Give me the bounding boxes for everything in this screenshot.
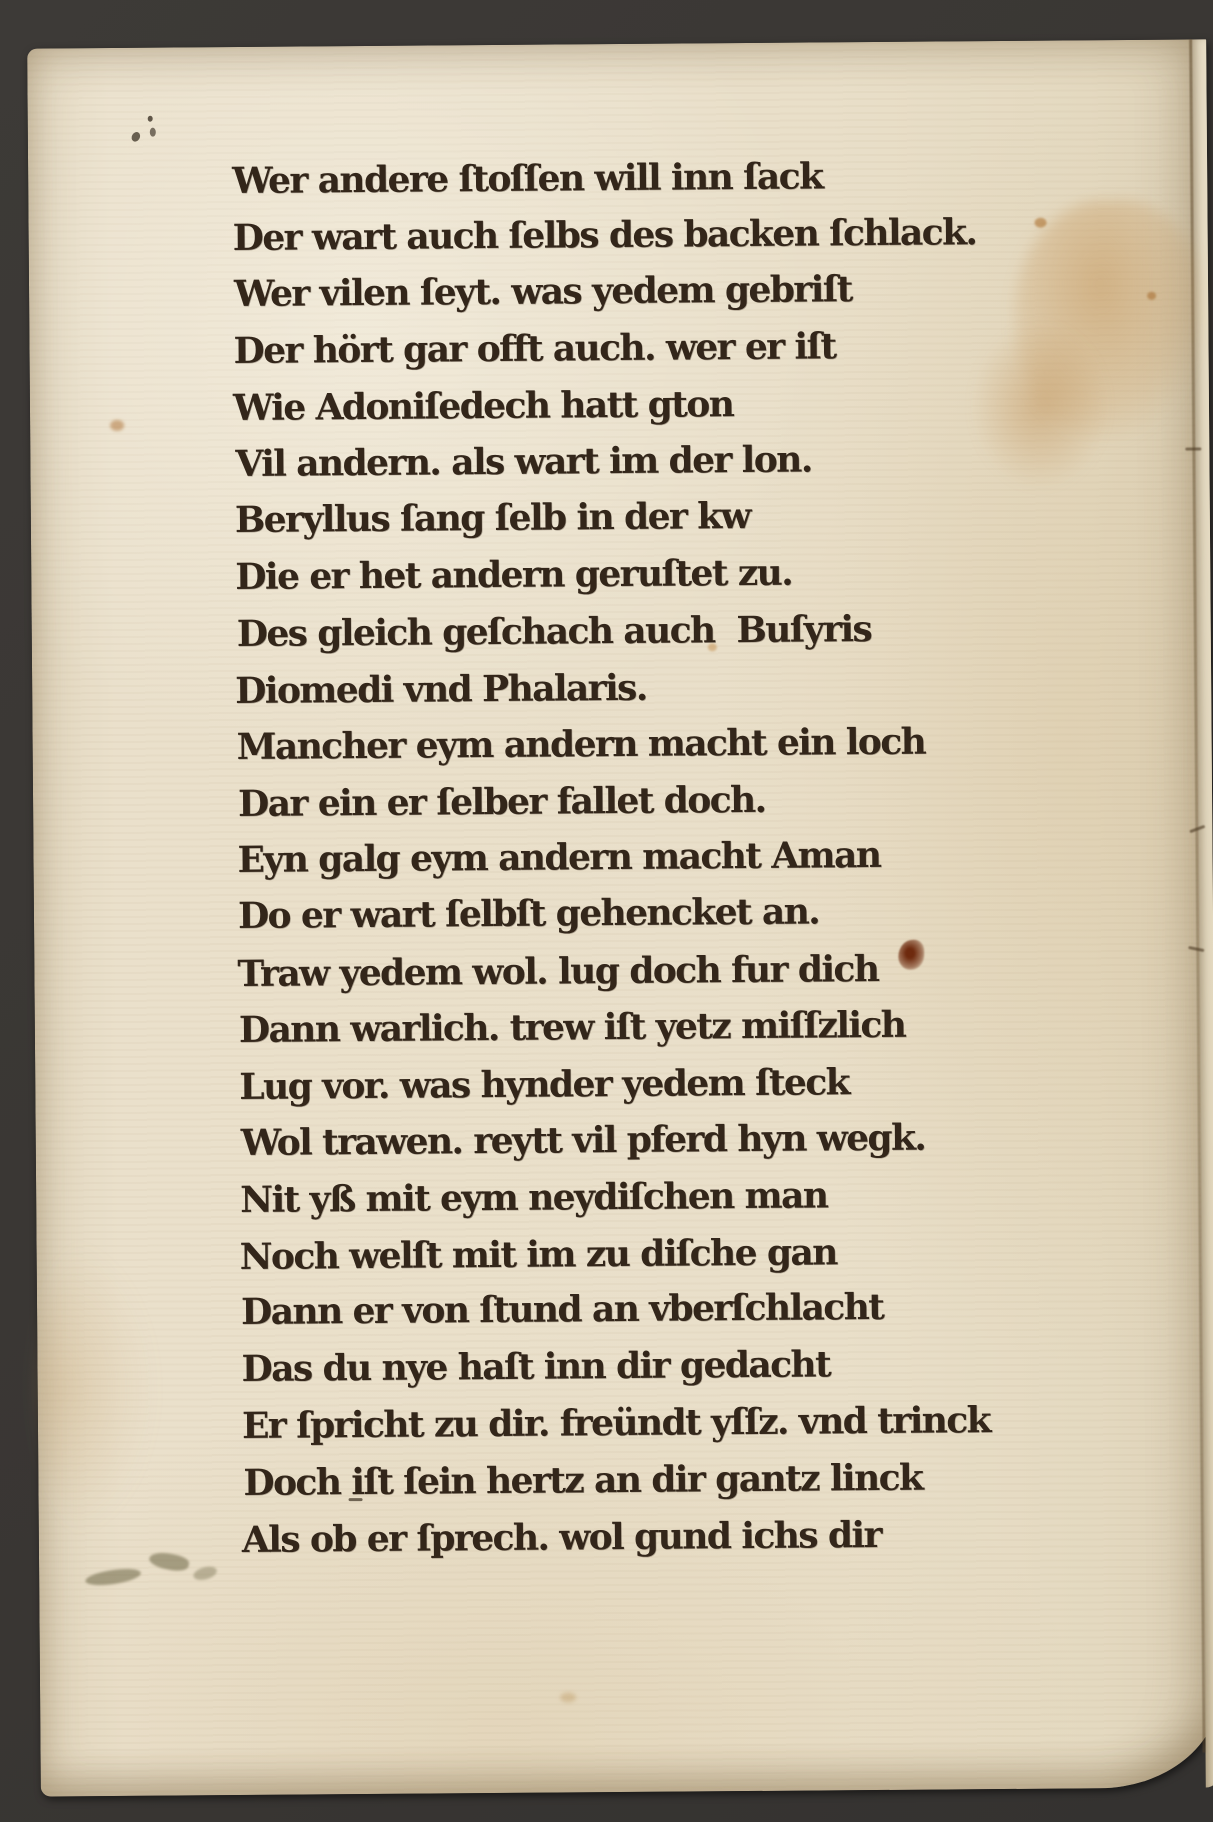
stain [110, 420, 124, 431]
scan-background: Wer andere ſtoſſen will inn ſack Der war… [0, 0, 1213, 1822]
poem-line: Der wart auch ſelbs des backen ſchlack. [232, 202, 1192, 266]
poem-line: Do er wart ſelbſt gehencket an. [238, 880, 1198, 944]
poem-line: Als ob er ſprech. wol gund ichs dir [242, 1505, 1202, 1569]
poem-line: Dann er von ſtund an vberſchlacht [241, 1276, 1201, 1340]
poem-line: Des gleich geſchach auch Buſyris [237, 598, 1197, 662]
poem-line: Dann warlich. trew iſt yetz miſſzlich [239, 994, 1199, 1058]
poem-line: Die er het andern geruſtet zu. [235, 542, 1195, 606]
poem-line: Eyn galg eym andern macht Aman [237, 825, 1197, 889]
poem-line: Diomedi vnd Phalaris. [235, 656, 1195, 720]
poem-line: Traw yedem wol. lug doch fur dich [237, 939, 1197, 1003]
poem-line: Mancher eym andern macht ein loch [236, 711, 1196, 775]
stain [37, 1238, 159, 1539]
poem-line: Wer andere ſtoſſen will inn ſack [232, 146, 1192, 210]
poem-line: Wol trawen. reytt vil pferd hyn wegk. [241, 1108, 1201, 1172]
poem-line: Wie Adoniſedech hatt gton [233, 373, 1193, 437]
poem-line: Wer vilen ſeyt. was yedem gebriſt [234, 259, 1194, 323]
book-page: Wer andere ſtoſſen will inn ſack Der war… [27, 39, 1213, 1796]
poem-text-block: Wer andere ſtoſſen will inn ſack Der war… [232, 146, 1203, 1568]
stain [560, 1692, 576, 1702]
poem-line: Vil andern. als wart im der lon. [235, 428, 1195, 492]
poem-line: Nit yß mit eym neydiſchen man [240, 1164, 1200, 1228]
poem-line: Das du nye haſt inn dir gedacht [241, 1334, 1201, 1398]
poem-line: Dar ein er ſelber fallet doch. [238, 768, 1198, 832]
ink-smudge [130, 114, 160, 150]
poem-line: Noch welſt mit im zu diſche gan [239, 1222, 1199, 1286]
poem-line: Der hört gar offt auch. wer er iſt [233, 315, 1193, 379]
poem-line: Doch iſt ſein hertz an dir gantz linck [243, 1447, 1203, 1511]
ink-smudge [75, 1535, 246, 1606]
poem-line: Er ſpricht zu dir. freündt yſſz. vnd tri… [242, 1391, 1202, 1455]
poem-line: Beryllus ſang ſelb in der kw [235, 484, 1195, 548]
poem-line: Lug vor. was hynder yedem ſteck [239, 1051, 1199, 1115]
